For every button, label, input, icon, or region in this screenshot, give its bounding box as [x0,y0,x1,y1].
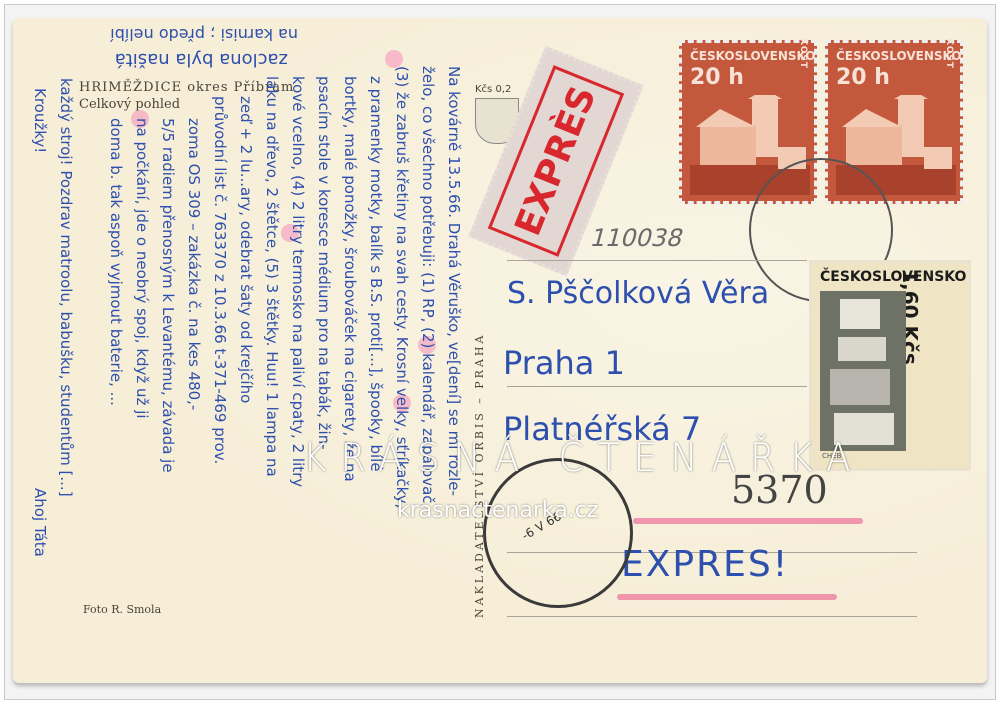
stamp-value: 20 h [836,65,890,90]
town-illustration-icon [820,291,906,451]
message-line-16: Kroužky! [31,88,49,153]
message-line-11: zoma OS 309 – zakázka č. na kes 480,- [185,118,203,410]
expres-handwritten: EXPRES! [621,544,789,585]
message-line-4: z pramenky motky, balík s B.S. proti[...… [367,76,385,472]
signature: Ahoj Táta [31,488,49,557]
caption-subtitle: Celkový pohled [79,97,180,112]
postcard: HRIMĚŽDICE okres Příbram Celkový pohled … [13,18,987,683]
message-line-9: zeď + 2 lu...ary, odebrat šaty od krejčí… [237,96,255,403]
stamp-country: ČESKOSLOVENSKO [820,269,966,285]
photo-credit: Foto R. Smola [83,603,161,616]
message-line-13: na počkání, jde o neobrý spoj, když už j… [133,118,151,419]
address-rule-1 [507,260,807,261]
stamp-subject: KOST [798,38,808,69]
upside-down-line-1: na karnisi ; předo nelíbí [110,25,298,44]
message-line-8: laku na dřevo, 2 štětce, (5) 3 štětky. H… [263,76,281,477]
address-rule-2 [507,386,807,387]
stamp-country: ČESKOSLOVENSKO [836,49,961,63]
address-line-2: Praha 1 [503,344,625,382]
message-line-6: psacím stole v koresce médium pro na tab… [315,76,333,450]
address-rule-4 [507,616,917,617]
message-line-5: bortky, malé ponožky, šroubováček na cig… [341,76,359,482]
message-line-14: doma b. tak aspoň vyjmout baterie, ... [107,118,125,406]
pink-underline-1 [633,518,863,524]
stamp-country: ČESKOSLOVENSKO [690,49,815,63]
upside-down-line-2: zaclona byla našitá [115,49,288,70]
pink-underline-2 [617,594,837,600]
message-line-15: každý stroj! Pozdrav matroolu, babušku, … [57,78,75,497]
stamp-value: 20 h [690,65,744,90]
watermark-title: KRÁSNÁ ČTENÁŘKA [303,436,865,481]
address-line-1: S. Pščolková Věra [507,276,769,311]
message-line-12: 5/5 radiem přenosným k Levantému, závada… [159,118,177,473]
stamp-subject: KOST [944,38,954,69]
message-line-7: kové vcelno, (4) 2 litry termosko na pal… [289,76,307,487]
watermark-url: krasnactenarka.cz [397,498,598,523]
message-line-10: průvodní list č. 763370 z 10.3.66 t-371-… [211,96,229,464]
message-line-1: Na kovárně 13.5.66. Drahá Věruško, ve[de… [445,66,463,496]
reference-number: 110038 [587,224,686,252]
imprinted-stamp-value: Kčs 0,2 [475,84,511,95]
